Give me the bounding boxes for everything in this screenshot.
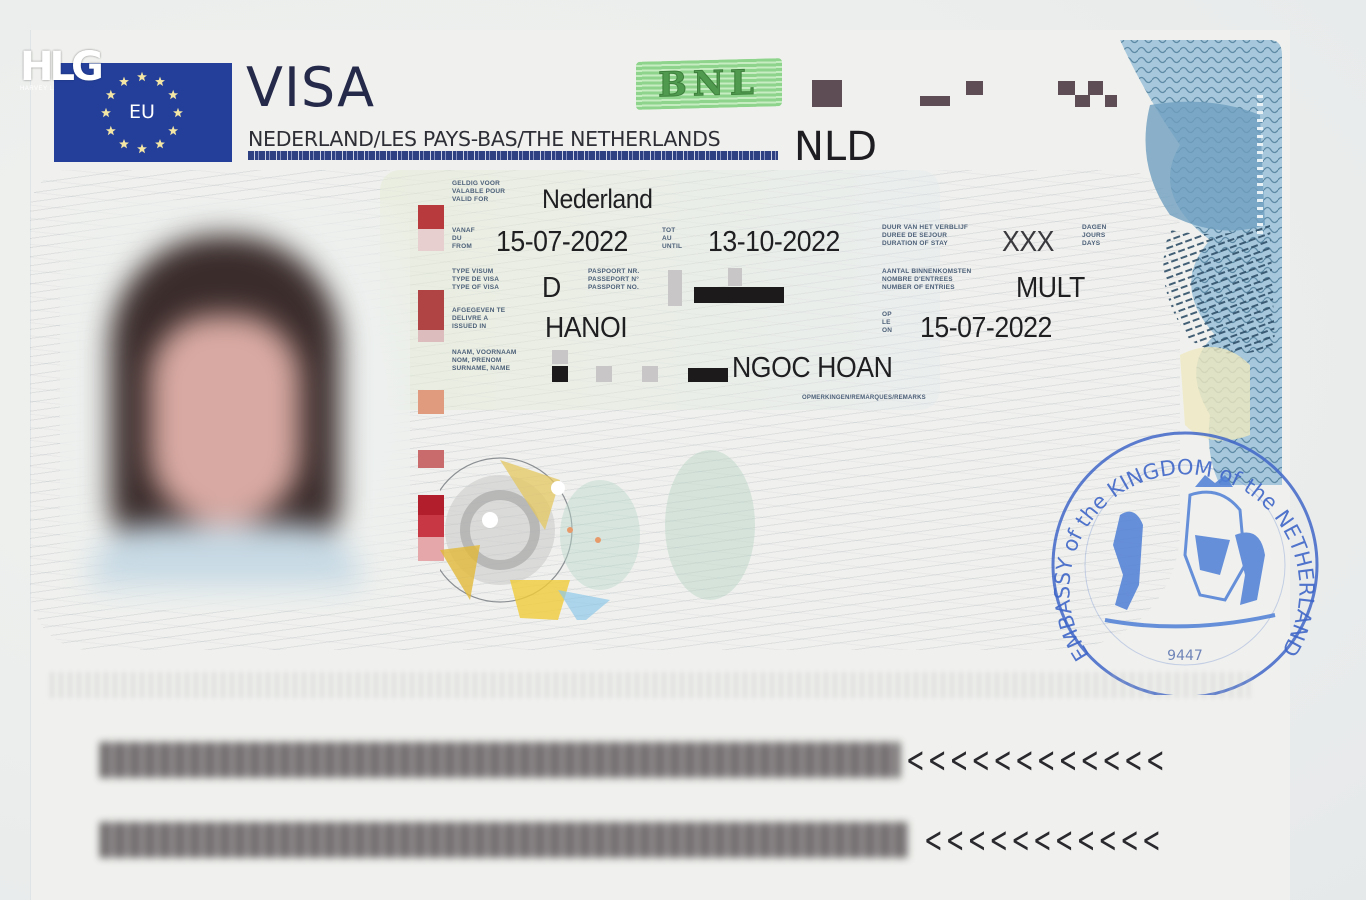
passport-no-label: PASPOORT NR. PASSEPORT N° PASSPORT No.: [588, 268, 639, 292]
name-value: NGOC HOAN: [732, 352, 892, 385]
until-value: 13-10-2022: [708, 226, 840, 259]
faint-print-line: [50, 672, 1250, 698]
issued-on-value: 15-07-2022: [920, 312, 1052, 345]
duration-of-stay-value: XXX: [1002, 226, 1054, 259]
mrz-line-1: <<<<<<<<<<<<: [100, 738, 1328, 782]
mrz-line-1-redacted: [100, 742, 900, 778]
svg-text:EMBASSY of the KINGDOM of the: EMBASSY of the KINGDOM of the NETHERLAND…: [1035, 425, 1318, 665]
issued-in-label: AFGEGEVEN TE DELIVRE A ISSUED IN: [452, 307, 505, 331]
issuing-country-line: NEDERLAND/LES PAYS-BAS/THE NETHERLANDS: [248, 127, 720, 151]
hologram-security-feature: [440, 440, 780, 620]
stamp-number: 9447: [1167, 648, 1203, 664]
issued-in-value: HANOI: [545, 312, 627, 345]
embassy-stamp: EMBASSY of the KINGDOM of the NETHERLAND…: [1035, 425, 1325, 695]
mrz-line-2-filler: <<<<<<<<<<<: [924, 820, 1164, 861]
mrz-line-1-filler: <<<<<<<<<<<<: [906, 740, 1168, 781]
stamp-text: EMBASSY of the KINGDOM of the NETHERLAND…: [1035, 425, 1318, 665]
from-value: 15-07-2022: [496, 226, 628, 259]
holder-photo-blurred: [110, 235, 340, 565]
mrz-line-2: <<<<<<<<<<<: [100, 818, 1311, 862]
visa-page: HLG HARVEY LAW GROUP EU HLG VISA NEDERLA…: [0, 0, 1366, 900]
valid-for-label: GELDIG VOOR VALABLE POUR VALID FOR: [452, 180, 505, 204]
valid-for-value: Nederland: [542, 184, 652, 215]
issued-on-label: OP LE ON: [882, 311, 892, 335]
country-code: NLD: [794, 124, 877, 170]
type-of-visa-label: TYPE VISUM TYPE DE VISA TYPE OF VISA: [452, 268, 499, 292]
number-of-entries-value: MULT: [1016, 272, 1085, 305]
microtext-band: [248, 151, 778, 160]
from-label: VANAF DU FROM: [452, 227, 475, 251]
bnl-security-print: BNL: [636, 58, 782, 110]
type-of-visa-value: D: [542, 272, 561, 305]
mrz-line-2-redacted: [100, 822, 908, 858]
duration-unit-label: DAGEN JOURS DAYS: [1082, 224, 1106, 248]
remarks-label: OPMERKINGEN/REMARQUES/REMARKS: [802, 394, 926, 402]
eu-flag: EU: [54, 63, 232, 162]
document-type-title: VISA: [246, 56, 375, 119]
eu-flag-label: EU: [54, 101, 230, 123]
number-of-entries-label: AANTAL BINNENKOMSTEN NOMBRE D'ENTREES NU…: [882, 268, 971, 292]
until-label: TOT AU UNTIL: [662, 227, 682, 251]
duration-of-stay-label: DUUR VAN HET VERBLIJF DUREE DE SEJOUR DU…: [882, 224, 968, 248]
name-label: NAAM, VOORNAAM NOM, PRENOM SURNAME, NAME: [452, 349, 517, 373]
